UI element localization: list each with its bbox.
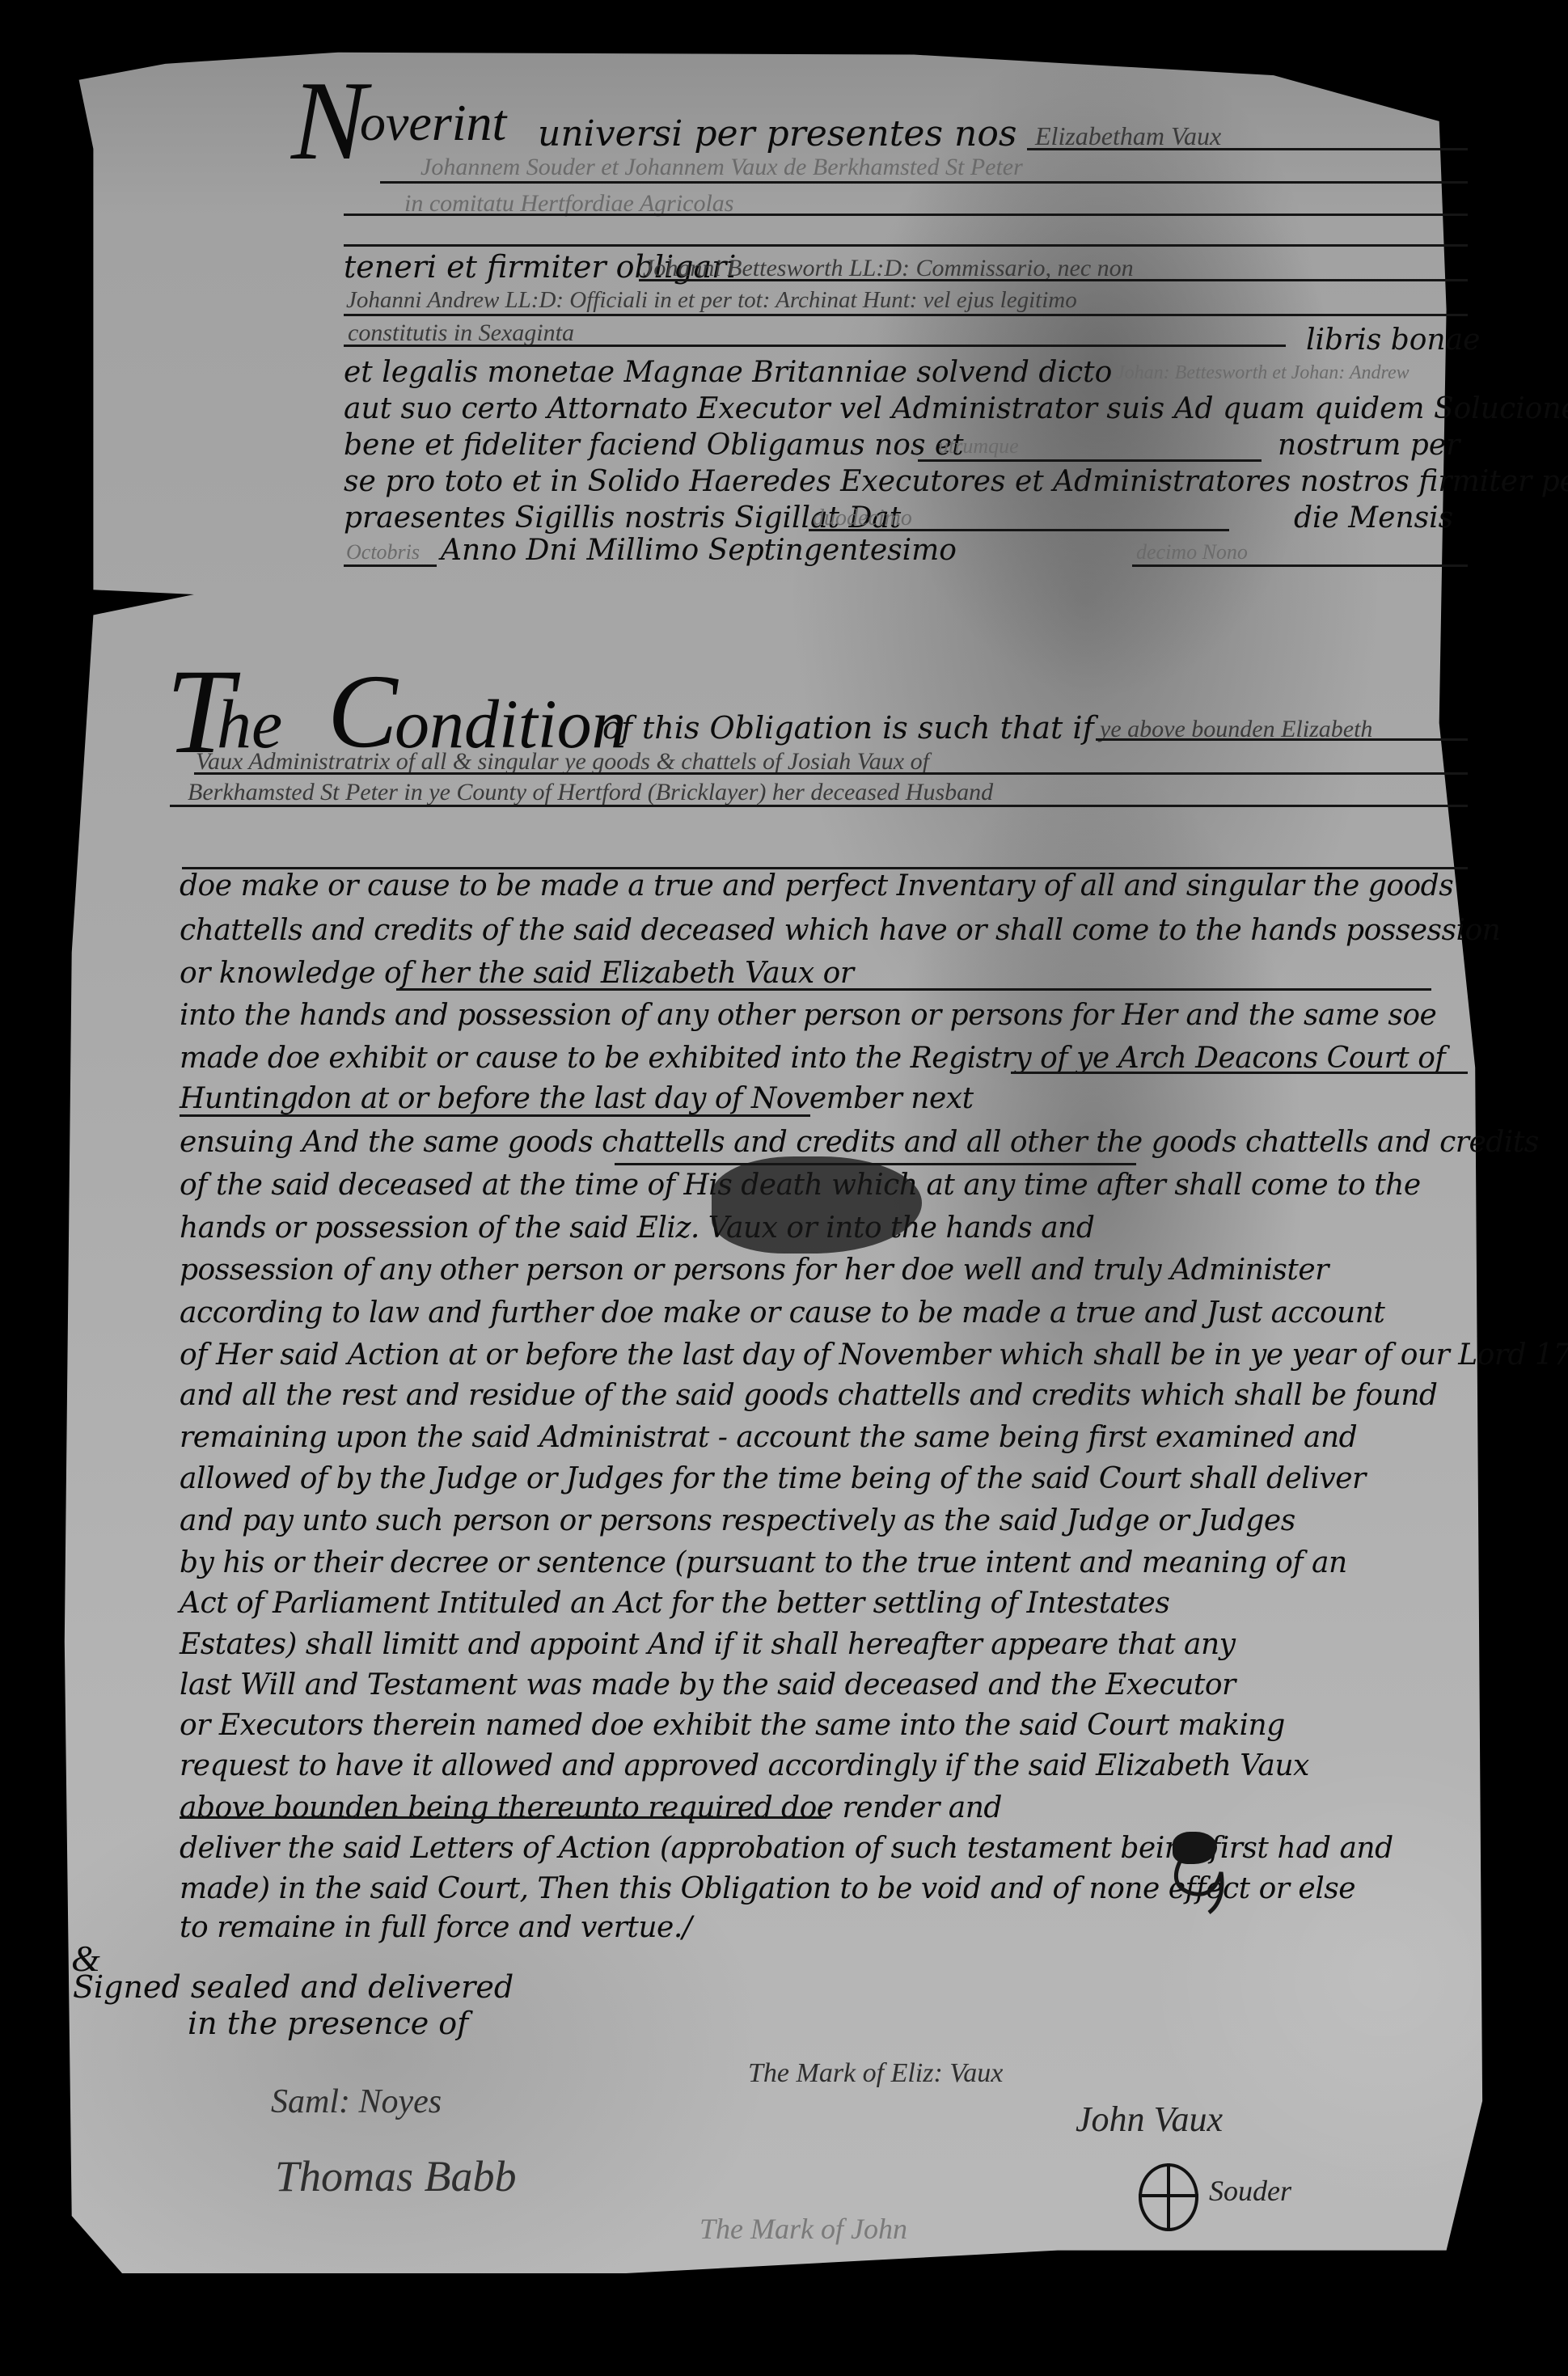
signatory-signature: The Mark of Eliz: Vaux (748, 2058, 1003, 2089)
obligation-opening: universi per presentes nos (538, 113, 1016, 154)
rule (344, 345, 1286, 347)
each-filled: utrumque (938, 434, 1019, 459)
condition-line: chattells and credits of the said deceas… (180, 914, 1500, 947)
rule (344, 244, 1468, 247)
rule (170, 805, 1468, 807)
rule (918, 459, 1262, 462)
condition-line: hands or possession of the said Eliz. Va… (180, 1211, 1094, 1245)
rule (1027, 148, 1468, 150)
condition-line: allowed of by the Judge or Judges for th… (180, 1462, 1366, 1495)
attestation-label-1: Signed sealed and delivered (73, 1969, 514, 2005)
rule (380, 181, 1468, 184)
party-filled-2: Vaux Administratrix of all & singular ye… (196, 748, 929, 776)
die-mensis: die Mensis (1294, 501, 1453, 535)
signatory-surname: Souder (1209, 2174, 1291, 2208)
constitutes: constitutis in Sexaginta (348, 319, 574, 347)
rule (639, 279, 1468, 281)
condition-line: to remaine in full force and vertue./ (180, 1911, 691, 1944)
obligee-line1: Johanni Bettesworth LL:D: Commissario, n… (643, 255, 1134, 282)
condition-line: into the hands and possession of any oth… (180, 999, 1436, 1032)
day-filled: duodecimo (813, 505, 912, 531)
condition-line: or knowledge of her the said Elizabeth V… (180, 957, 854, 990)
condition-line: remaining upon the said Administrat - ac… (180, 1421, 1357, 1454)
line-money: et legalis monetae Magnae Britanniae sol… (344, 356, 1112, 389)
rule (180, 1114, 810, 1117)
rule (180, 1816, 826, 1819)
rule (1096, 738, 1468, 741)
obligors-line2: Johannem Souder et Johannem Vaux de Berk… (421, 154, 1023, 181)
rule (344, 564, 437, 567)
month-filled: Octobris (346, 540, 420, 564)
witness-signature: Thomas Babb (275, 2151, 517, 2201)
signatory-signature: The Mark of John (699, 2212, 907, 2246)
condition-line: made doe exhibit or cause to be exhibite… (180, 1042, 1445, 1075)
initial-N: N (291, 65, 366, 178)
condition-line: and pay unto such person or persons resp… (180, 1504, 1295, 1537)
year-filled: decimo Nono (1136, 540, 1248, 564)
scribble-mark-icon (1164, 1852, 1237, 1917)
condition-line: Huntingdon at or before the last day of … (180, 1082, 974, 1115)
attestation-label-2: in the presence of (188, 2006, 468, 2041)
rule (344, 314, 1468, 316)
witness-signature: Saml: Noyes (271, 2082, 442, 2121)
condition-line: above bounden being thereunto required d… (180, 1791, 1002, 1824)
condition-line: of Her said Action at or before the last… (180, 1338, 1568, 1372)
obligors-filled: Elizabetham Vaux (1035, 121, 1221, 151)
condition-line: according to law and further doe make or… (180, 1296, 1384, 1330)
party-filled-3: Berkhamsted St Peter in ye County of Her… (188, 779, 993, 806)
heading-noverint: overint (360, 93, 506, 153)
condition-line: ensuing And the same goods chattells and… (180, 1126, 1539, 1159)
line-se: se pro toto et in Solido Haeredes Execut… (344, 465, 1568, 498)
condition-line: Act of Parliament Intituled an Act for t… (180, 1587, 1169, 1620)
rule (1132, 564, 1468, 567)
rule (194, 772, 1468, 775)
line-bene: bene et fideliter faciend Obligamus nos … (344, 429, 964, 462)
rule (396, 988, 1431, 991)
pounds: libris bonae (1306, 323, 1480, 357)
rule (344, 214, 1468, 216)
line-attorney: aut suo certo Attornato Executor vel Adm… (344, 392, 1568, 425)
anno: Anno Dni Millimo Septingentesimo (441, 534, 957, 567)
payees: Johan: Bettesworth et Johan: Andrew (1116, 362, 1410, 384)
circle-cross-mark-icon (1139, 2163, 1198, 2231)
signatory-signature: John Vaux (1076, 2099, 1223, 2140)
rule (1011, 1072, 1468, 1074)
nostrum: nostrum per (1278, 429, 1460, 462)
condition-line: last Will and Testament was made by the … (180, 1668, 1236, 1702)
condition-line: doe make or cause to be made a true and … (180, 869, 1453, 903)
condition-line: Estates) shall limitt and appoint And if… (180, 1628, 1236, 1661)
condition-line: possession of any other person or person… (180, 1254, 1329, 1287)
obligee-line2: Johanni Andrew LL:D: Officiali in et per… (346, 287, 1077, 314)
condition-line: request to have it allowed and approved … (180, 1749, 1309, 1782)
condition-line: or Executors therein named doe exhibit t… (180, 1709, 1285, 1742)
heading-rest: of this Obligation is such that if (602, 710, 1094, 746)
rule (809, 529, 1229, 531)
condition-line: by his or their decree or sentence (purs… (180, 1546, 1347, 1579)
condition-line: and all the rest and residue of the said… (180, 1379, 1437, 1412)
